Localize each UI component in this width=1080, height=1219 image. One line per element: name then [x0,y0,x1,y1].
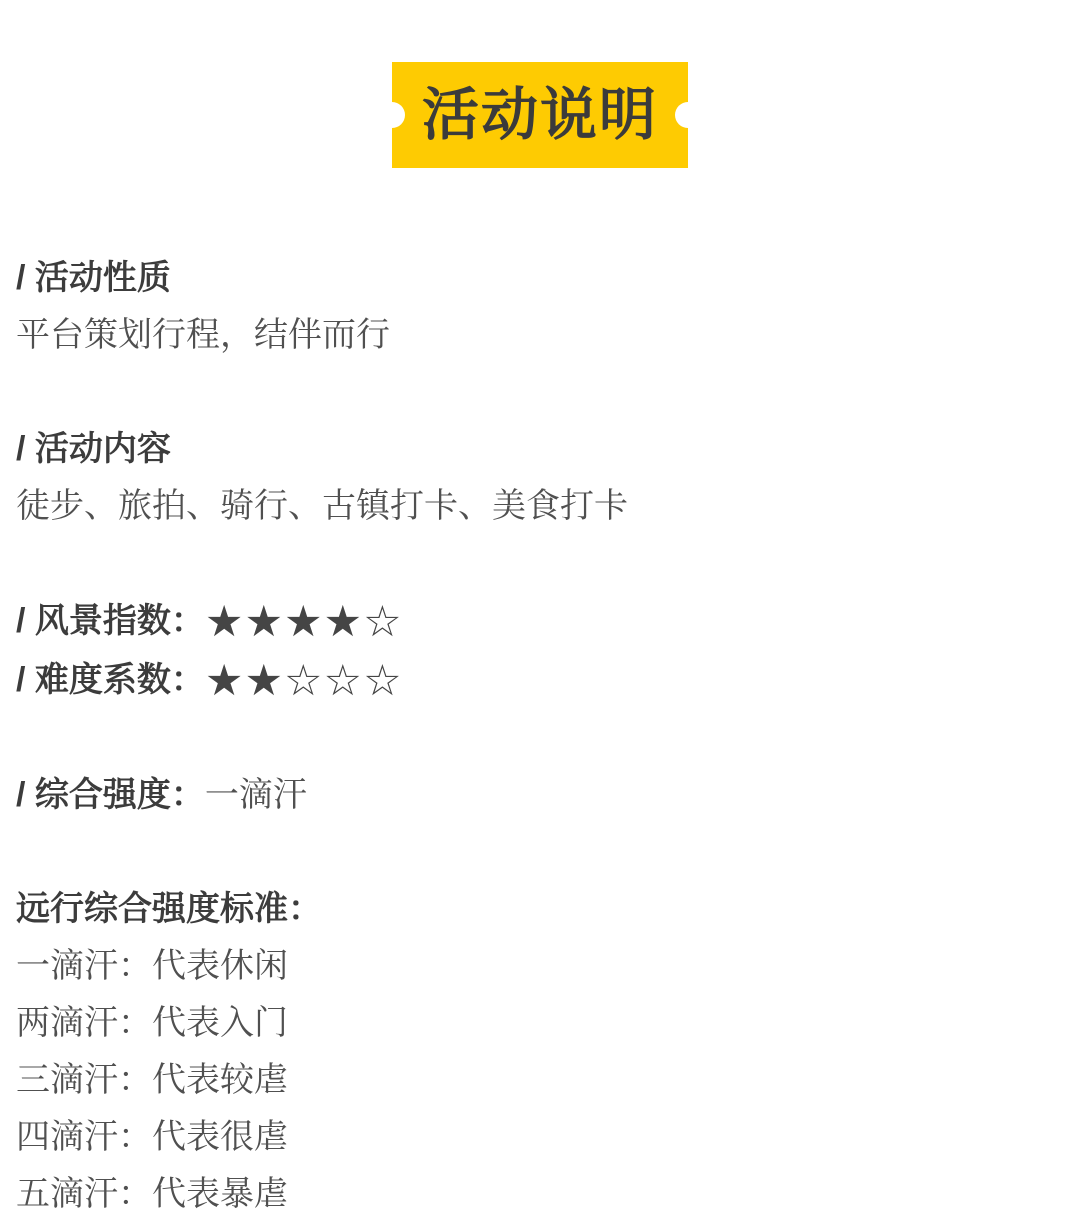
page-root: 活动说明 / 活动性质 平台策划行程，结伴而行 / 活动内容 徒步、旅拍、骑行、… [0,62,1080,1219]
standards-item-3: 三滴汗：代表较虐 [16,1052,1064,1109]
intensity-value: 一滴汗 [205,776,307,814]
section-intensity-standards: 远行综合强度标准： 一滴汗：代表休闲 两滴汗：代表入门 三滴汗：代表较虐 四滴汗… [16,881,1064,1219]
activity-nature-heading: / 活动性质 [16,250,1064,307]
section-activity-content: / 活动内容 徒步、旅拍、骑行、古镇打卡、美食打卡 [16,421,1064,535]
difficulty-rating-label: / 难度系数： [16,661,205,699]
scenery-rating-label: / 风景指数： [16,602,205,640]
scenery-rating-row: / 风景指数：★★★★☆ [16,592,1064,651]
section-intensity: / 综合强度：一滴汗 [16,767,1064,824]
difficulty-rating-row: / 难度系数：★★☆☆☆ [16,651,1064,710]
activity-banner: 活动说明 [392,62,688,168]
difficulty-rating-stars: ★★☆☆☆ [205,656,403,706]
standards-item-5: 五滴汗：代表暴虐 [16,1166,1064,1219]
scenery-rating-stars: ★★★★☆ [205,597,403,647]
page-title: 活动说明 [422,87,658,144]
ticket-notch-left-icon [379,102,405,128]
section-ratings: / 风景指数：★★★★☆ / 难度系数：★★☆☆☆ [16,592,1064,710]
standards-item-4: 四滴汗：代表很虐 [16,1109,1064,1166]
activity-nature-body: 平台策划行程，结伴而行 [16,307,1064,364]
description-content: / 活动性质 平台策划行程，结伴而行 / 活动内容 徒步、旅拍、骑行、古镇打卡、… [0,250,1080,1219]
standards-item-2: 两滴汗：代表入门 [16,995,1064,1052]
ticket-notch-right-icon [675,102,701,128]
standards-item-1: 一滴汗：代表休闲 [16,938,1064,995]
intensity-label: / 综合强度： [16,776,205,814]
activity-content-body: 徒步、旅拍、骑行、古镇打卡、美食打卡 [16,478,1064,535]
section-activity-nature: / 活动性质 平台策划行程，结伴而行 [16,250,1064,364]
standards-heading: 远行综合强度标准： [16,881,1064,938]
activity-content-heading: / 活动内容 [16,421,1064,478]
